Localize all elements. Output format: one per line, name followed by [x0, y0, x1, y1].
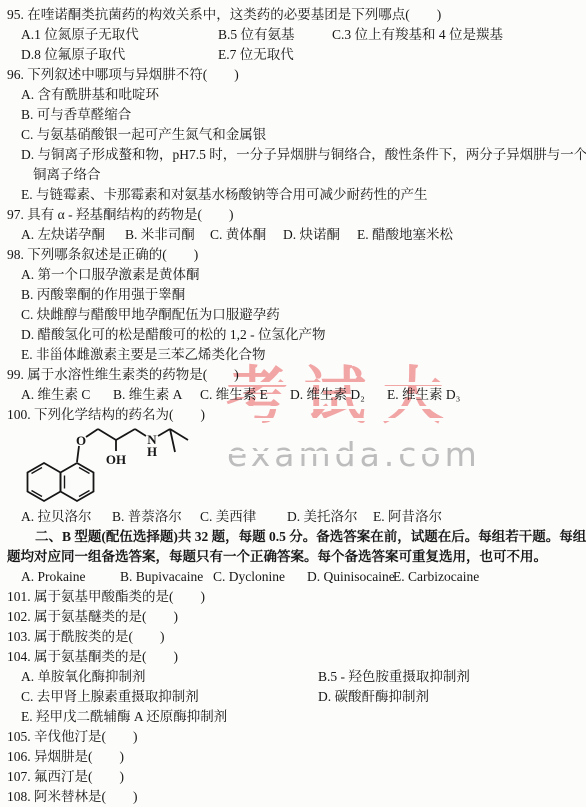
question-97-options-row: A. 左炔诺孕酮 B. 米非司酮 C. 黄体酮 D. 炔诺酮 E. 醋酸地塞米松 [7, 225, 579, 245]
question-97-option-e: E. 醋酸地塞米松 [357, 225, 453, 245]
question-99-option-c: C. 维生素 E [200, 385, 290, 405]
question-98-title: 98. 下列哪条叙述是正确的( ) [7, 245, 579, 265]
group-1-option-d: D. Quinisocaine [307, 567, 393, 587]
chemical-structure-drawing: O OH N H [13, 425, 208, 507]
question-98-option-b: B. 丙酸睾酮的作用强于睾酮 [7, 285, 579, 305]
question-99-option-b: B. 维生素 A [113, 385, 200, 405]
question-99-title: 99. 属于水溶性维生素类的药物是( ) [7, 365, 579, 385]
propranolol-structure: O OH N H [13, 425, 579, 507]
question-95-option-e: E.7 位无取代 [218, 45, 294, 65]
group-1-option-a: A. Prokaine [21, 567, 120, 587]
question-95-option-d: D.8 位氟原子取代 [21, 45, 218, 65]
exam-content: 95. 在喹诺酮类抗菌药的构效关系中，这类药的必要基团是下列哪点( ) A.1 … [0, 0, 586, 807]
question-99-option-e: E. 维生素 D₃ [387, 385, 460, 405]
question-95-option-a: A.1 位氮原子无取代 [21, 25, 218, 45]
group-2-option-c: C. 去甲肾上腺素重摄取抑制剂 [21, 687, 318, 707]
question-96-option-c: C. 与氨基硝酸银一起可产生氮气和金属银 [7, 125, 579, 145]
question-107-title: 107. 氟西汀是( ) [7, 767, 579, 787]
question-96-title: 96. 下列叙述中哪项与异烟肼不符( ) [7, 65, 579, 85]
group-2-option-d: D. 碳酸酐酶抑制剂 [318, 687, 429, 707]
question-95-option-c: C.3 位上有羧基和 4 位是羰基 [332, 25, 503, 45]
question-100-option-d: D. 美托洛尔 [287, 507, 373, 527]
group-2-option-a: A. 单胺氧化酶抑制剂 [21, 667, 318, 687]
question-95-title: 95. 在喹诺酮类抗菌药的构效关系中，这类药的必要基团是下列哪点( ) [7, 5, 579, 25]
group-1-option-b: B. Bupivacaine [120, 567, 213, 587]
question-97-option-a: A. 左炔诺孕酮 [21, 225, 125, 245]
group-2-option-e: E. 羟甲戊二酰辅酶 A 还原酶抑制剂 [7, 707, 579, 727]
question-100-title: 100. 下列化学结构的药名为( ) [7, 405, 579, 425]
question-96-option-a: A. 含有酰肼基和吡啶环 [7, 85, 579, 105]
question-100-option-e: E. 阿昔洛尔 [373, 507, 442, 527]
question-102-title: 102. 属于氨基醚类的是( ) [7, 607, 579, 627]
question-105-title: 105. 辛伐他汀是( ) [7, 727, 579, 747]
question-96-option-d-continued: 铜离子络合 [7, 165, 579, 185]
group-2-option-b: B.5 - 羟色胺重摄取抑制剂 [318, 667, 470, 687]
question-97-option-b: B. 米非司酮 [125, 225, 210, 245]
question-99-option-d: D. 维生素 D₂ [290, 385, 387, 405]
question-96-option-e: E. 与链霉素、卡那霉素和对氨基水杨酸钠等合用可减少耐药性的产生 [7, 185, 579, 205]
group-1-option-e: E. Carbizocaine [393, 567, 479, 587]
question-106-title: 106. 异烟肼是( ) [7, 747, 579, 767]
question-96-option-b: B. 可与香草醛缩合 [7, 105, 579, 125]
question-100-options-row: A. 拉贝洛尔 B. 普萘洛尔 C. 美西律 D. 美托洛尔 E. 阿昔洛尔 [7, 507, 579, 527]
atom-label-hydroxyl: OH [106, 452, 126, 467]
question-99-option-a: A. 维生素 C [21, 385, 113, 405]
group-1-answer-options-row: A. Prokaine B. Bupivacaine C. Dyclonine … [7, 567, 579, 587]
group-2-answer-options-row-1: A. 单胺氧化酶抑制剂 B.5 - 羟色胺重摄取抑制剂 [7, 667, 579, 687]
question-104-title: 104. 属于氨基酮类的是( ) [7, 647, 579, 667]
question-95-options-row-2: D.8 位氟原子取代 E.7 位无取代 [7, 45, 579, 65]
question-97-option-d: D. 炔诺酮 [283, 225, 357, 245]
question-98-option-d: D. 醋酸氢化可的松是醋酸可的松的 1,2 - 位氢化产物 [7, 325, 579, 345]
question-97-title: 97. 具有 α - 羟基酮结构的药物是( ) [7, 205, 579, 225]
group-2-answer-options-row-2: C. 去甲肾上腺素重摄取抑制剂 D. 碳酸酐酶抑制剂 [7, 687, 579, 707]
exam-paper-page: 考试大 examda.com 95. 在喹诺酮类抗菌药的构效关系中，这类药的必要… [0, 0, 586, 807]
question-100-option-a: A. 拉贝洛尔 [21, 507, 112, 527]
question-96-option-d: D. 与铜离子形成螯和物，pH7.5 时，一分子异烟肼与铜络合，酸性条件下，两分… [7, 145, 579, 165]
question-97-option-c: C. 黄体酮 [210, 225, 283, 245]
atom-label-oxygen: O [76, 433, 86, 448]
question-100-option-b: B. 普萘洛尔 [112, 507, 200, 527]
question-98-option-e: E. 非甾体雌激素主要是三苯乙烯类化合物 [7, 345, 579, 365]
atom-label-nh-hydrogen: H [147, 444, 157, 459]
question-108-title: 108. 阿米替林是( ) [7, 787, 579, 807]
group-1-option-c: C. Dyclonine [213, 567, 307, 587]
question-103-title: 103. 属于酰胺类的是( ) [7, 627, 579, 647]
question-98-option-c: C. 炔雌醇与醋酸甲地孕酮配伍为口服避孕药 [7, 305, 579, 325]
question-95-options-row-1: A.1 位氮原子无取代 B.5 位有氨基 C.3 位上有羧基和 4 位是羰基 [7, 25, 579, 45]
question-98-option-a: A. 第一个口服孕激素是黄体酮 [7, 265, 579, 285]
question-100-option-c: C. 美西律 [200, 507, 287, 527]
question-101-title: 101. 属于氨基甲酸酯类的是( ) [7, 587, 579, 607]
question-99-options-row: A. 维生素 C B. 维生素 A C. 维生素 E D. 维生素 D₂ E. … [7, 385, 579, 405]
section-b-header-line-2: 题均对应同一组备选答案，每题只有一个正确答案。每个备选答案可重复选用，也可不用。 [7, 547, 579, 567]
question-95-option-b: B.5 位有氨基 [218, 25, 332, 45]
section-b-header-line-1: 二、B 型题(配伍选择题)共 32 题，每题 0.5 分。备选答案在前，试题在后… [7, 527, 579, 547]
